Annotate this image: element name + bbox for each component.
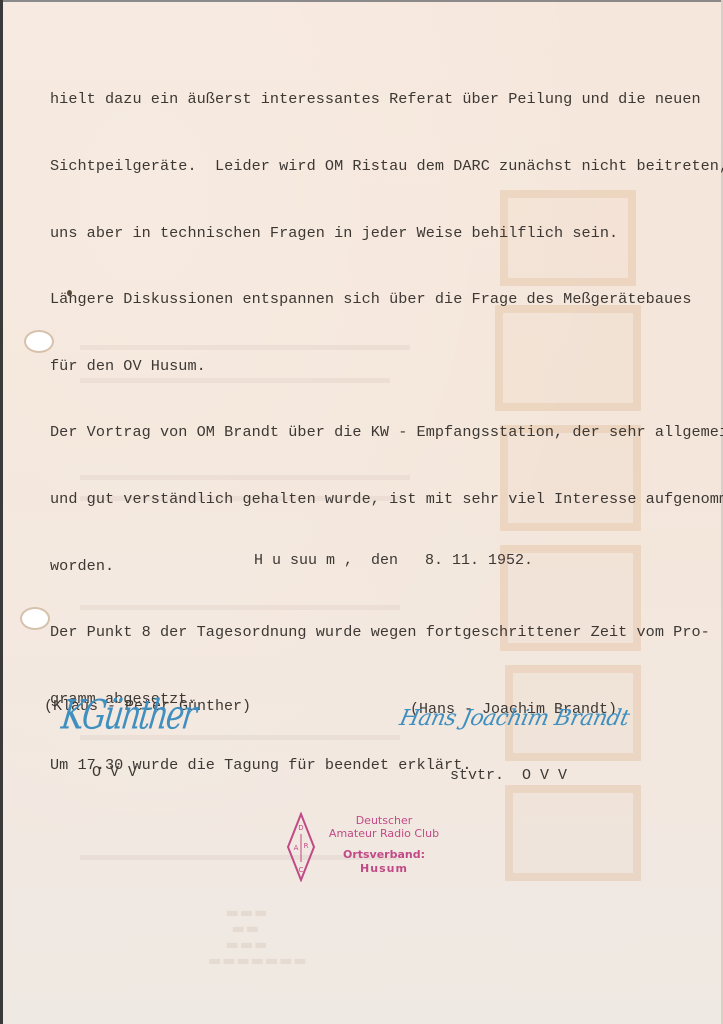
handwritten-signature-left: KGünther	[59, 692, 198, 739]
signatory-right: (Hans - Joachim Brandt) stvtr. O V V	[410, 655, 617, 831]
punch-hole-bottom	[22, 609, 48, 628]
stamp-line: Husum	[324, 862, 444, 875]
stamp-line: Amateur Radio Club	[324, 827, 444, 840]
signatory-left: (Klaus - Peter Günther) O V V	[44, 652, 251, 828]
body-line: hielt dazu ein äußerst interessantes Ref…	[50, 88, 723, 110]
club-stamp: D A R C Deutscher Amateur Radio Club Ort…	[286, 812, 446, 882]
body-line: Sichtpeilgeräte. Leider wird OM Ristau d…	[50, 155, 723, 177]
document-page: hielt dazu ein äußerst interessantes Ref…	[0, 0, 723, 1024]
body-line: Längere Diskussionen entspannen sich übe…	[50, 288, 723, 310]
stamp-line: Deutscher	[324, 814, 444, 827]
page-top-edge	[0, 0, 723, 2]
darc-diamond-logo-icon: D A R C	[286, 812, 316, 882]
svg-text:R: R	[304, 842, 309, 850]
body-line: Der Punkt 8 der Tagesordnung wurde wegen…	[50, 621, 723, 643]
place-and-date: H u suu m , den 8. 11. 1952.	[254, 552, 533, 569]
body-line: und gut verständlich gehalten wurde, ist…	[50, 488, 723, 510]
svg-text:A: A	[294, 844, 299, 852]
page-left-edge	[0, 0, 3, 1024]
signatory-role: stvtr. O V V	[410, 765, 617, 787]
punch-hole-top	[26, 332, 52, 351]
svg-text:D: D	[298, 824, 303, 832]
stamp-line: Ortsverband:	[324, 848, 444, 861]
body-line: Der Vortrag von OM Brandt über die KW - …	[50, 421, 723, 443]
body-line: für den OV Husum.	[50, 355, 723, 377]
handwritten-signature-right: Hans Joachim Brandt	[397, 706, 631, 731]
body-line: uns aber in technischen Fragen in jeder …	[50, 222, 723, 244]
signatory-role: O V V	[44, 762, 251, 784]
svg-text:C: C	[299, 866, 304, 874]
bleed-through-text: ▬▬▬ ▬▬ ▬▬▬▬▬▬▬▬▬▬	[208, 905, 308, 969]
